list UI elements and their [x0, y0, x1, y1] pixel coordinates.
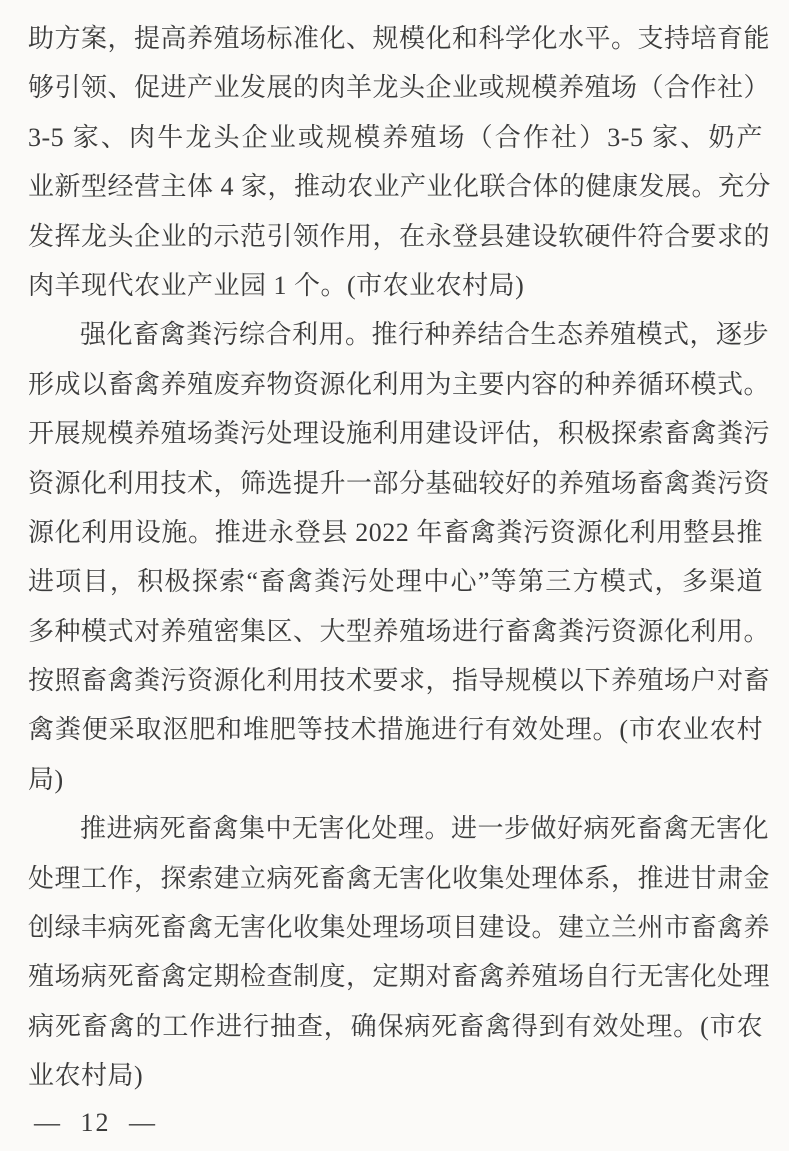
text-line: 够引领、促进产业发展的肉羊龙头企业或规模养殖场（合作社） [28, 63, 763, 112]
text-line: 肉羊现代农业产业园 1 个。(市农业农村局) [28, 261, 763, 310]
text-line: 资源化利用技术，筛选提升一部分基础较好的养殖场畜禽粪污资 [28, 459, 763, 508]
text-line: 按照畜禽粪污资源化利用技术要求，指导规模以下养殖场户对畜 [28, 656, 763, 705]
text-line: 助方案，提高养殖场标准化、规模化和科学化水平。支持培育能 [28, 14, 763, 63]
text-line: 创绿丰病死畜禽无害化收集处理场项目建设。建立兰州市畜禽养 [28, 903, 763, 952]
text-line: 源化利用设施。推进永登县 2022 年畜禽粪污资源化利用整县推 [28, 508, 763, 557]
text-line: 推进病死畜禽集中无害化处理。进一步做好病死畜禽无害化 [28, 804, 763, 853]
text-line: 局) [28, 755, 763, 804]
text-line: 业新型经营主体 4 家，推动农业产业化联合体的健康发展。充分 [28, 162, 763, 211]
text-line: 进项目，积极探索“畜禽粪污处理中心”等第三方模式，多渠道 [28, 557, 763, 606]
text-line: 形成以畜禽养殖废弃物资源化利用为主要内容的种养循环模式。 [28, 360, 763, 409]
text-line: 处理工作，探索建立病死畜禽无害化收集处理体系，推进甘肃金 [28, 854, 763, 903]
text-line: 殖场病死畜禽定期检查制度，定期对畜禽养殖场自行无害化处理 [28, 952, 763, 1001]
text-line: 业农村局) [28, 1051, 763, 1100]
page-number-footer: — 12 — [34, 1107, 763, 1139]
text-line: 3-5 家、肉牛龙头企业或规模养殖场（合作社）3-5 家、奶产 [28, 113, 763, 162]
paragraph: 推进病死畜禽集中无害化处理。进一步做好病死畜禽无害化 处理工作，探索建立病死畜禽… [28, 804, 763, 1100]
text-line: 病死畜禽的工作进行抽查，确保病死畜禽得到有效处理。(市农 [28, 1002, 763, 1051]
text-line: 多种模式对养殖密集区、大型养殖场进行畜禽粪污资源化利用。 [28, 607, 763, 656]
text-line: 禽粪便采取沤肥和堆肥等技术措施进行有效处理。(市农业农村 [28, 705, 763, 754]
text-line: 强化畜禽粪污综合利用。推行种养结合生态养殖模式，逐步 [28, 310, 763, 359]
text-line: 发挥龙头企业的示范引领作用，在永登县建设软硬件符合要求的 [28, 212, 763, 261]
paragraph: 助方案，提高养殖场标准化、规模化和科学化水平。支持培育能 够引领、促进产业发展的… [28, 14, 763, 310]
document-page: 助方案，提高养殖场标准化、规模化和科学化水平。支持培育能 够引领、促进产业发展的… [0, 0, 789, 1151]
text-line: 开展规模养殖场粪污处理设施利用建设评估，积极探索畜禽粪污 [28, 409, 763, 458]
paragraph: 强化畜禽粪污综合利用。推行种养结合生态养殖模式，逐步 形成以畜禽养殖废弃物资源化… [28, 310, 763, 804]
